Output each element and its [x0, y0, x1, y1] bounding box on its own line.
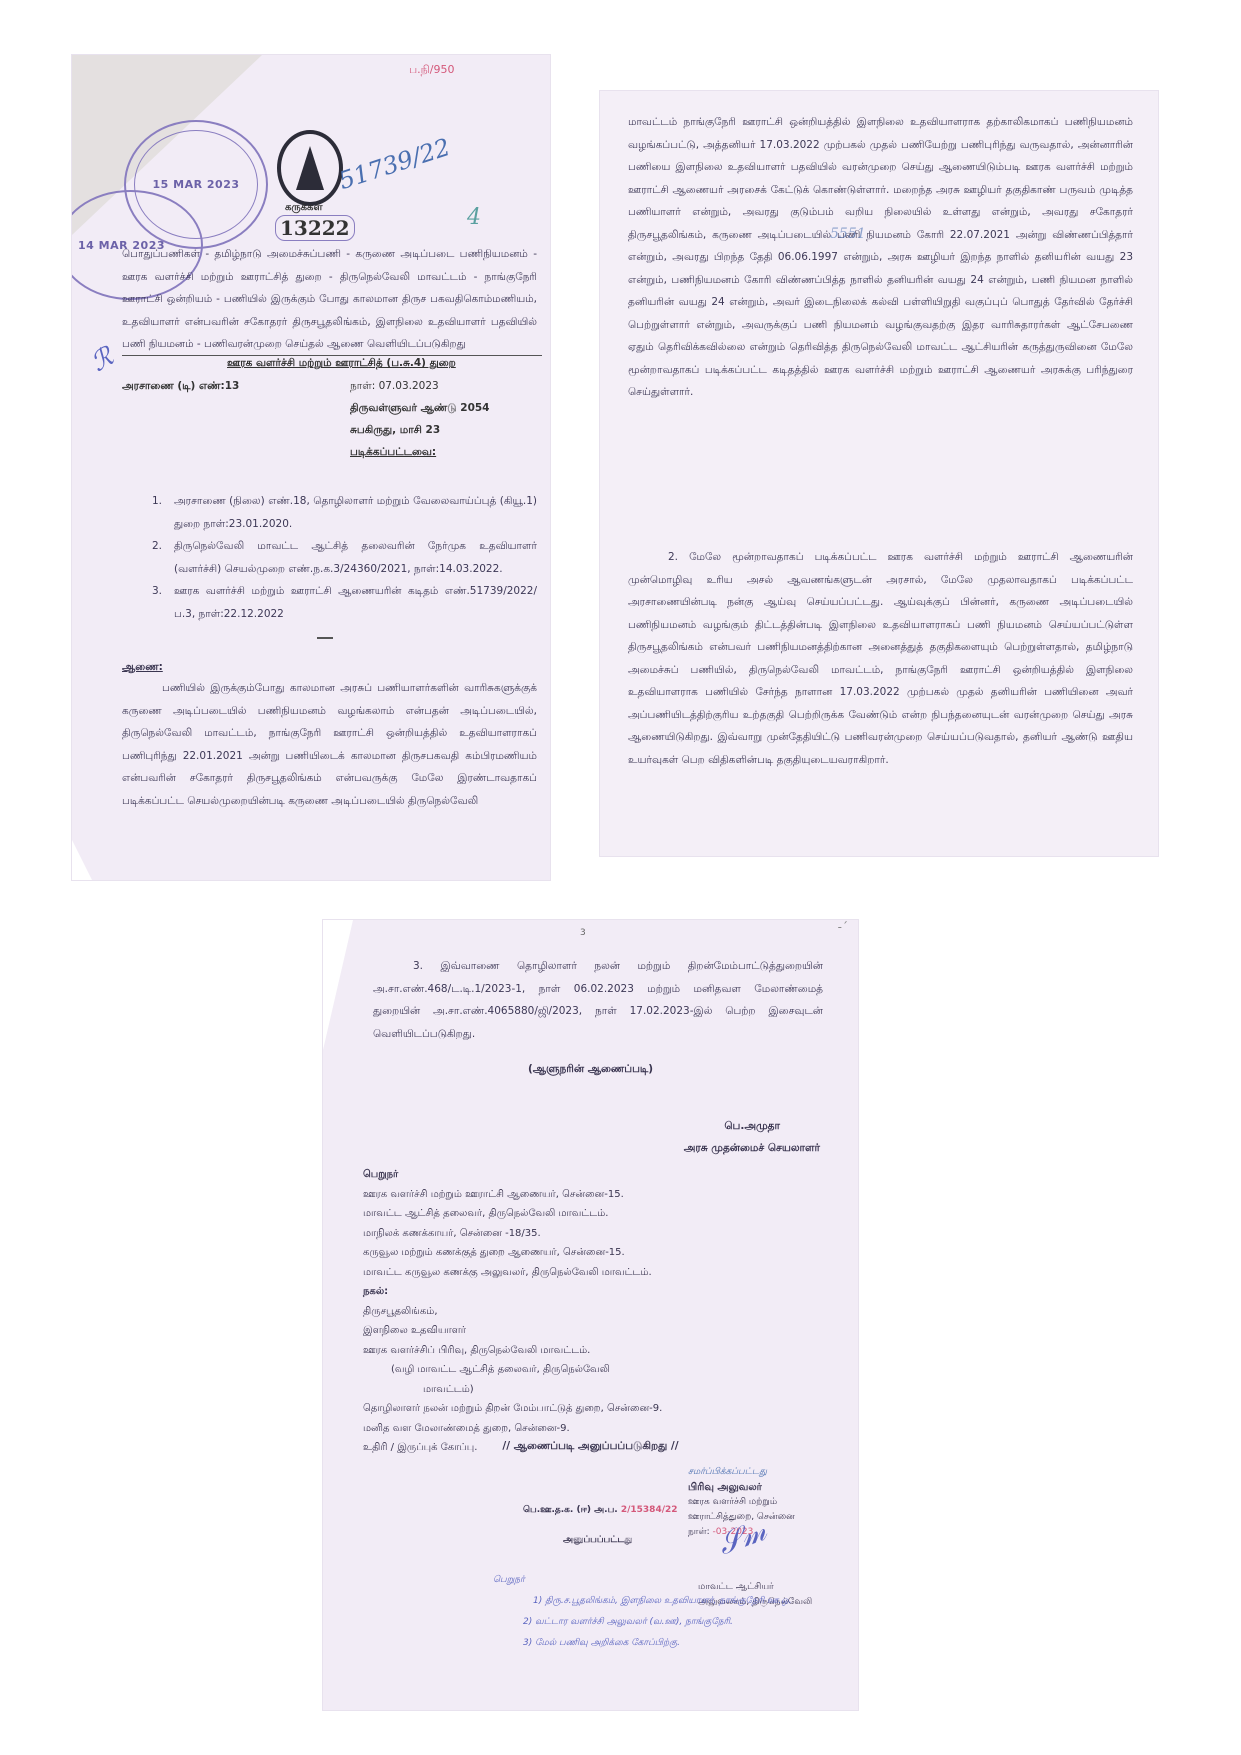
recipients-block: பெறுநர் ஊரக வளர்ச்சி மற்றும் ஊராட்சி ஆணை… [363, 1165, 833, 1458]
handwritten-file-number: 51739/22 [335, 133, 453, 195]
paragraph-3: 3. இவ்வாணை தொழிலாளர் நலன் மற்றும் திறன்ம… [373, 955, 823, 1045]
date-line: நாள்: 07.03.2023 [350, 375, 489, 397]
initials-signature: ℛ [86, 342, 119, 378]
copy-item: தொழிலாளர் நலன் மற்றும் திறன் மேம்பாட்டுத… [363, 1399, 833, 1419]
forwarded-line: // ஆணைப்படி அனுப்பப்படுகிறது // [323, 1440, 858, 1453]
copy-heading: நகல்: [363, 1282, 833, 1302]
date-line: திருவள்ளுவர் ஆண்டு 2054 [350, 397, 489, 419]
office-title: பிரிவு அலுவலர் [688, 1480, 838, 1495]
faint-stamp-mark: 5551 [830, 226, 866, 242]
seal-label: கருக்கள் [285, 202, 322, 214]
copy-item: மாவட்டம்) [363, 1380, 833, 1400]
copy-item: திருசபூதலிங்கம், [363, 1302, 833, 1322]
date-block: நாள்: 07.03.2023 திருவள்ளுவர் ஆண்டு 2054… [350, 375, 489, 463]
references-list: 1. அரசாணை (நிலை) எண்.18, தொழிலாளர் மற்று… [152, 490, 537, 625]
handwritten-recipients: பெறுநர் 1) திரு.ச.பூதலிங்கம், இளநிலை உதவ… [493, 1570, 792, 1654]
document-page-2: மாவட்டம் நாங்குநேரி ஊராட்சி ஒன்றியத்தில்… [600, 91, 1158, 856]
divider [122, 355, 542, 356]
government-emblem-icon [277, 130, 343, 206]
copy-item: ஊரக வளர்ச்சிப் பிரிவு, திருநெல்வேலி மாவட… [363, 1341, 833, 1361]
signer-name: பெ.அமுதா [684, 1115, 820, 1137]
reference-item: 3. ஊரக வளர்ச்சி மற்றும் ஊராட்சி ஆணையரின்… [152, 580, 537, 625]
reference-line: பெ.ஊ.த.க. (ஈ) அ.ப. 2/15384/22 [523, 1505, 678, 1516]
recipient-item: கருவூல மற்றும் கணக்குத் துறை ஆணையர், சென… [363, 1243, 833, 1263]
subject-text: பொதுப்பணிகள் - தமிழ்நாடு அமைச்சுப்பணி - … [122, 243, 537, 356]
recipients-heading: பெறுநர் [363, 1165, 833, 1185]
department-heading: ஊரக வளர்ச்சி மற்றும் ஊராட்சித் (ப.சு.4) … [227, 357, 456, 370]
recipient-item: மாவட்ட ஆட்சித் தலைவர், திருநெல்வேலி மாவட… [363, 1204, 833, 1224]
reference-item: 1. அரசாணை (நிலை) எண்.18, தொழிலாளர் மற்று… [152, 490, 537, 535]
page-number: 3 [580, 928, 586, 938]
paragraph-2: 2. மேலே மூன்றாவதாகப் படிக்கப்பட்ட ஊரக வள… [628, 546, 1133, 771]
page-fold-corner [72, 840, 92, 880]
read-label: படிக்கப்பட்டவை: [350, 441, 489, 463]
red-reference-number: ப.நி/950 [409, 63, 455, 78]
reference-item: 2. திருநெல்வேலி மாவட்ட ஆட்சித் தலைவரின் … [152, 535, 537, 580]
recipient-item: மாநிலக் கணக்காயர், சென்னை -18/35. [363, 1224, 833, 1244]
seal-number: 13222 [275, 215, 355, 241]
paragraph-1-continued: மாவட்டம் நாங்குநேரி ஊராட்சி ஒன்றியத்தில்… [628, 111, 1133, 404]
copy-item: மனித வள மேலாண்மைத் துறை, சென்னை-9. [363, 1419, 833, 1439]
order-body: பணியில் இருக்கும்போது காலமான அரசுப் பணிய… [122, 677, 537, 812]
signatory-block: பெ.அமுதா அரசு முதன்மைச் செயலாளர் [684, 1115, 820, 1159]
copy-item: இளநிலை உதவியாளர் [363, 1321, 833, 1341]
office-handwritten-note: சமர்ப்பிக்கப்பட்டது [688, 1465, 838, 1480]
to-heading: பெறுநர் [493, 1570, 792, 1591]
date-line: சுபகிருது, மாசி 23 [350, 419, 489, 441]
by-order-line: (ஆளுநரின் ஆணைப்படி) [323, 1063, 858, 1076]
go-number: அரசாணை (டி) எண்:13 [122, 380, 239, 393]
order-heading: ஆணை: [122, 661, 163, 674]
signer-title: அரசு முதன்மைச் செயலாளர் [684, 1137, 820, 1159]
document-page-1: ப.நி/950 15 MAR 2023 14 MAR 2023 51739/2… [72, 55, 550, 880]
recipient-item: ஊரக வளர்ச்சி மற்றும் ஊராட்சி ஆணையர், சென… [363, 1185, 833, 1205]
recipient-item: மாவட்ட கருவூல கணக்கு அலுவலர், திருநெல்வே… [363, 1263, 833, 1283]
copy-item: (வழி மாவட்ட ஆட்சித் தலைவர், திருநெல்வேலி [363, 1360, 833, 1380]
page-fold-shadow [323, 920, 353, 1050]
corner-mark: -ˊ [838, 920, 848, 934]
divider [317, 637, 333, 639]
handwritten-mark: 4 [467, 205, 481, 230]
document-page-3: 3 -ˊ 3. இவ்வாணை தொழிலாளர் நலன் மற்றும் த… [323, 920, 858, 1710]
approved-label: அனுப்பப்பட்டது [563, 1535, 632, 1546]
